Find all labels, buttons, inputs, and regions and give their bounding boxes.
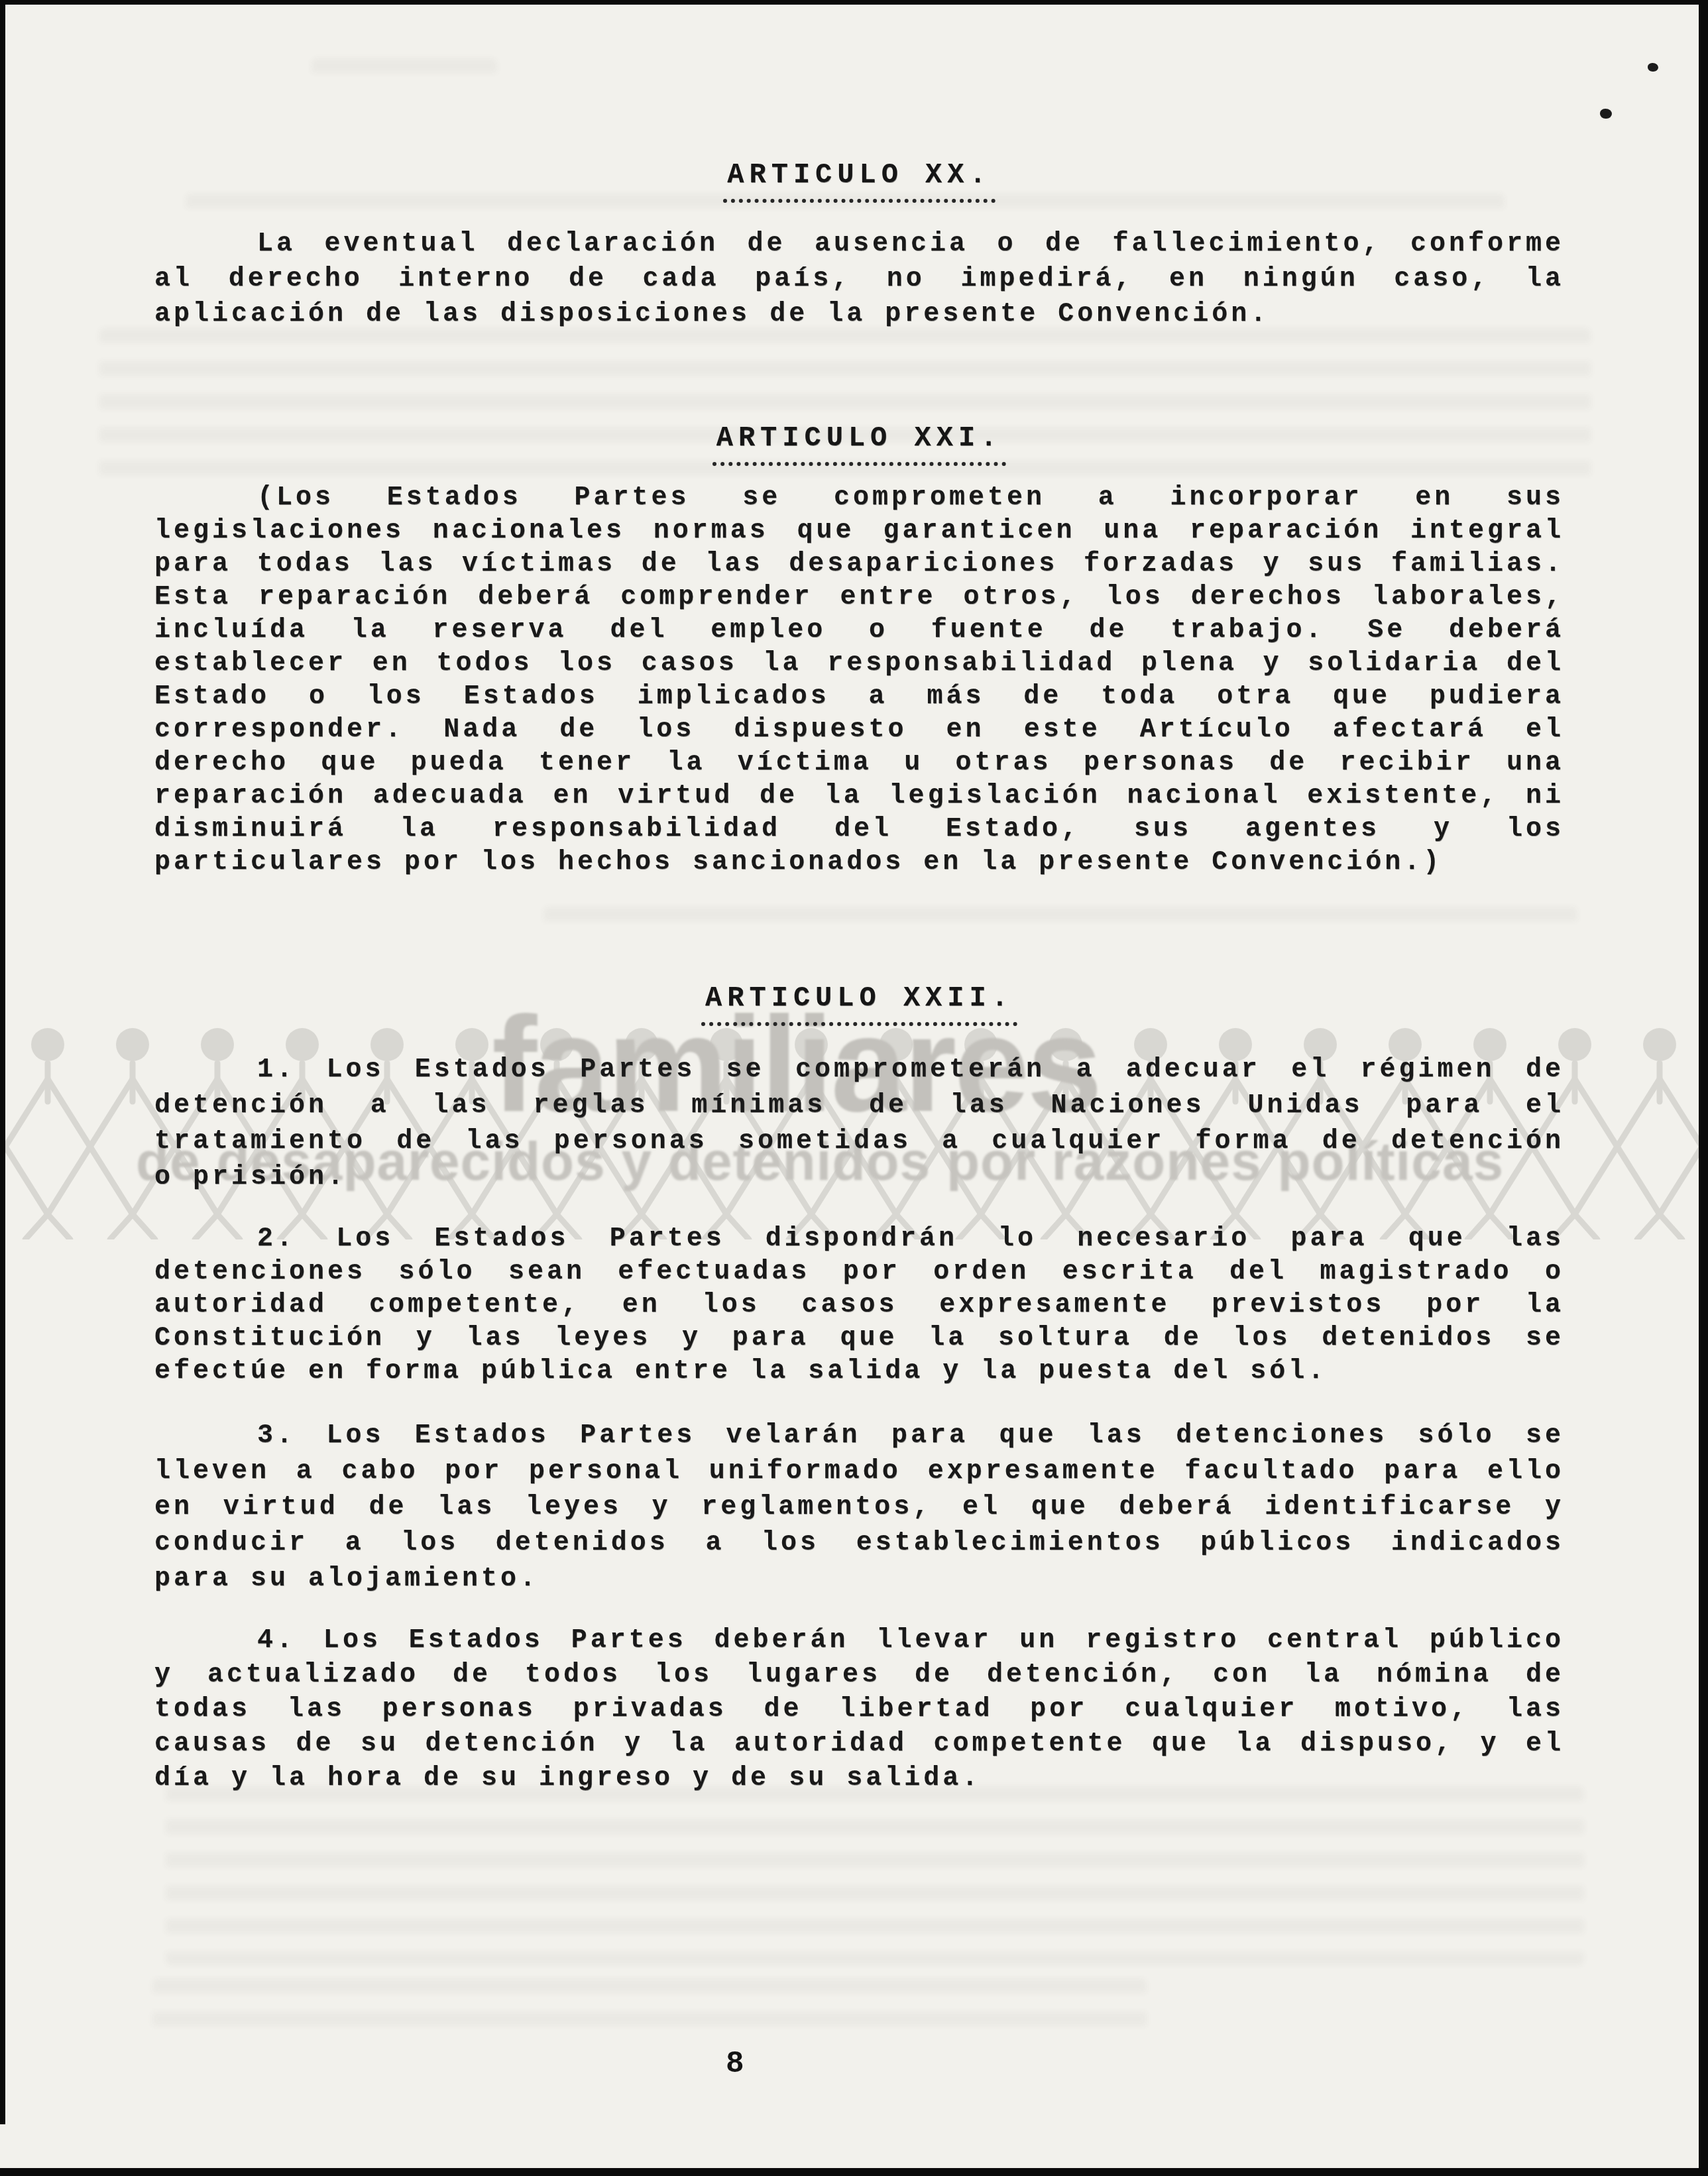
text-line: derecho que pueda tener la víctima u otr… [154, 747, 1564, 780]
text-line: lleven a cabo por personal uniformado ex… [154, 1454, 1564, 1490]
article-title: ARTICULO XX. [154, 159, 1564, 203]
text-line: Estado o los Estados implicados a más de… [154, 681, 1564, 714]
text-line: y actualizado de todos los lugares de de… [154, 1658, 1564, 1693]
page-number: 8 [726, 2047, 744, 2081]
text-line: tratamiento de las personas sometidas a … [154, 1124, 1564, 1160]
text-line: corresponder. Nada de los dispuesto en e… [154, 714, 1564, 747]
text-line: legislaciones nacionales normas que gara… [154, 515, 1564, 548]
text-line: establecer en todos los casos la respons… [154, 648, 1564, 681]
paragraph: (Los Estados Partes se comprometen a inc… [154, 482, 1564, 880]
text-line: La eventual declaración de ausencia o de… [154, 227, 1564, 262]
article-title-text: ARTICULO XXI. [712, 422, 1007, 466]
text-line: 1. Los Estados Partes se comprometerán a… [154, 1053, 1564, 1088]
text-line: 4. Los Estados Partes deberán llevar un … [154, 1624, 1564, 1658]
text-line: detención a las reglas mínimas de las Na… [154, 1088, 1564, 1124]
text-line: (Los Estados Partes se comprometen a inc… [154, 482, 1564, 515]
text-line: 2. Los Estados Partes dispondrán lo nece… [154, 1223, 1564, 1256]
paragraph: La eventual declaración de ausencia o de… [154, 227, 1564, 332]
text-line: para todas las víctimas de las desaparic… [154, 548, 1564, 581]
text-line: al derecho interno de cada país, no impe… [154, 262, 1564, 297]
article-title: ARTICULO XXII. [154, 982, 1564, 1026]
text-line: conducir a los detenidos a los estableci… [154, 1526, 1564, 1562]
text-line: efectúe en forma pública entre la salida… [154, 1355, 1564, 1389]
paragraph: 2. Los Estados Partes dispondrán lo nece… [154, 1223, 1564, 1389]
text-line: Constitución y las leyes y para que la s… [154, 1322, 1564, 1355]
text-line: incluída la reserva del empleo o fuente … [154, 614, 1564, 648]
text-line: aplicación de las disposiciones de la pr… [154, 297, 1564, 332]
paragraph: 1. Los Estados Partes se comprometerán a… [154, 1053, 1564, 1196]
text-line: detenciones sólo sean efectuadas por ord… [154, 1256, 1564, 1289]
article-title-text: ARTICULO XX. [723, 159, 995, 203]
text-line: 3. Los Estados Partes velarán para que l… [154, 1418, 1564, 1454]
text-line: autoridad competente, en los casos expre… [154, 1289, 1564, 1322]
scanned-document-page: familiares de desaparecidos y detenidos … [0, 0, 1708, 2176]
article-title-text: ARTICULO XXII. [701, 982, 1017, 1026]
text-line: Esta reparación deberá comprender entre … [154, 581, 1564, 614]
text-line: todas las personas privadas de libertad … [154, 1693, 1564, 1727]
article-title: ARTICULO XXI. [154, 422, 1564, 466]
paragraph: 4. Los Estados Partes deberán llevar un … [154, 1624, 1564, 1796]
document-sections: ARTICULO XX.La eventual declaración de a… [0, 0, 1708, 2176]
text-line: o prisión. [154, 1160, 1564, 1196]
text-line: disminuirá la responsabilidad del Estado… [154, 813, 1564, 846]
text-line: día y la hora de su ingreso y de su sali… [154, 1762, 1564, 1796]
paragraph: 3. Los Estados Partes velarán para que l… [154, 1418, 1564, 1597]
text-line: para su alojamiento. [154, 1562, 1564, 1597]
text-line: causas de su detención y la autoridad co… [154, 1727, 1564, 1762]
text-line: particulares por los hechos sancionados … [154, 846, 1564, 880]
text-line: reparación adecuada en virtud de la legi… [154, 780, 1564, 813]
text-line: en virtud de las leyes y reglamentos, el… [154, 1490, 1564, 1526]
